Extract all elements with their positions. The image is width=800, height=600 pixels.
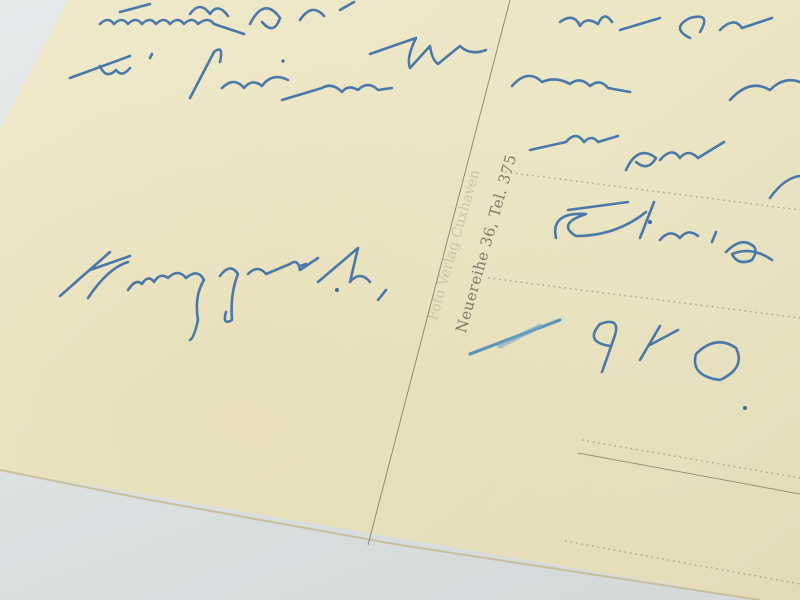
photo-scene: Foto Verlag Cuxhaven Neuereihe 36, Tel. … <box>0 0 800 600</box>
postcard <box>0 0 800 600</box>
